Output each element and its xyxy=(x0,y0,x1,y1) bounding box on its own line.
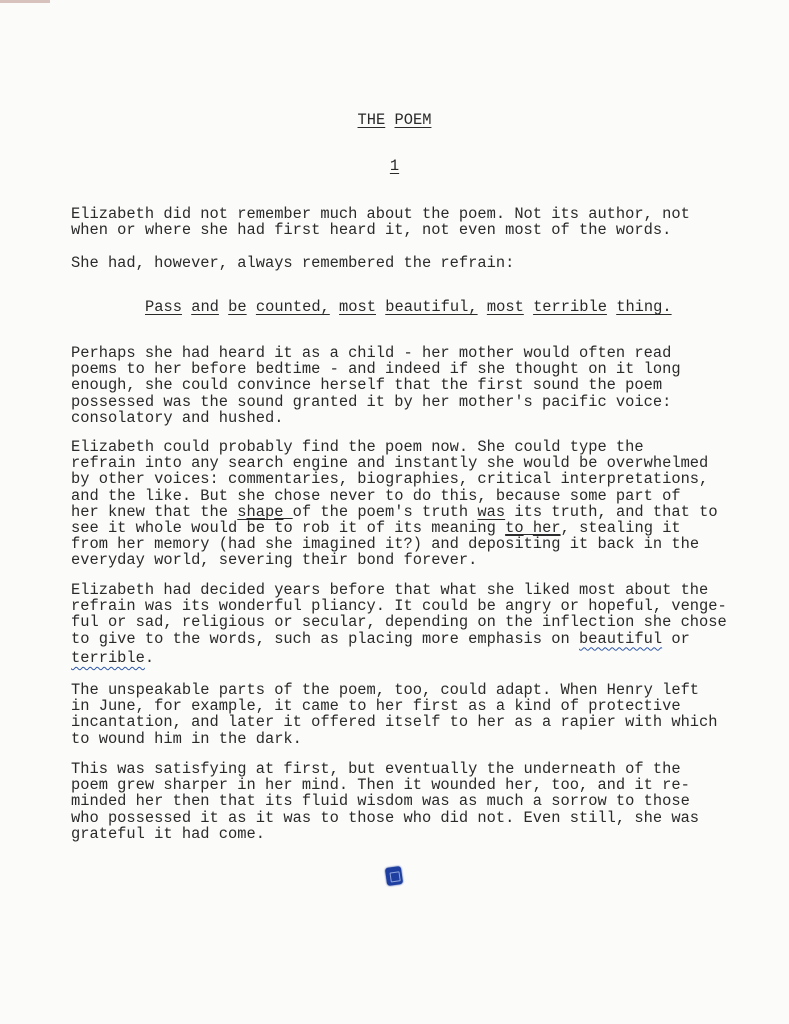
refrain-word: counted, xyxy=(256,298,330,316)
refrain-word: and xyxy=(191,298,219,316)
pen-underlined-word: beautiful xyxy=(579,630,662,648)
refrain-word: Pass xyxy=(145,298,182,316)
line: everyday world, severing their bond fore… xyxy=(71,551,477,569)
text: it back in the xyxy=(561,535,700,553)
line: to wound him in the dark. xyxy=(71,730,302,748)
line: consolatory and hushed. xyxy=(71,409,283,427)
pen-underlined-word: terrible xyxy=(71,649,145,667)
text: . xyxy=(145,649,154,667)
paragraph-4: Elizabeth could probably find the poem n… xyxy=(71,439,771,569)
paragraph-1: Elizabeth did not remember much about th… xyxy=(71,206,771,238)
text: or xyxy=(662,630,690,648)
refrain-word: most xyxy=(487,298,524,316)
refrain-word: beautiful, xyxy=(385,298,477,316)
refrain-word: terrible xyxy=(533,298,607,316)
chapter-number: 1 xyxy=(0,157,789,175)
line: She had, however, always remembered the … xyxy=(71,254,514,272)
ink-stamp-icon xyxy=(385,866,403,886)
line: when or where she had first heard it, no… xyxy=(71,221,671,239)
refrain: Pass and be counted, most beautiful, mos… xyxy=(145,298,672,316)
typed-page: THE POEM 1 Elizabeth did not remember mu… xyxy=(0,0,789,1024)
page-title: THE POEM xyxy=(0,111,789,129)
overlined-word: siting xyxy=(505,535,560,553)
line: grateful it had come. xyxy=(71,825,265,843)
title-word: THE xyxy=(358,111,386,129)
paragraph-5: Elizabeth had decided years before that … xyxy=(71,582,771,669)
paragraph-3: Perhaps she had heard it as a child - he… xyxy=(71,345,771,426)
corner-mark xyxy=(0,0,50,3)
refrain-word: thing. xyxy=(616,298,671,316)
paragraph-6: The unspeakable parts of the poem, too, … xyxy=(71,682,771,747)
chapter-number-text: 1 xyxy=(390,157,399,175)
refrain-word: be xyxy=(228,298,246,316)
refrain-word: most xyxy=(339,298,376,316)
paragraph-2: She had, however, always remembered the … xyxy=(71,255,771,271)
title-word: POEM xyxy=(395,111,432,129)
text: to give to the words, such as placing mo… xyxy=(71,630,579,648)
paragraph-7: This was satisfying at first, but eventu… xyxy=(71,761,771,842)
